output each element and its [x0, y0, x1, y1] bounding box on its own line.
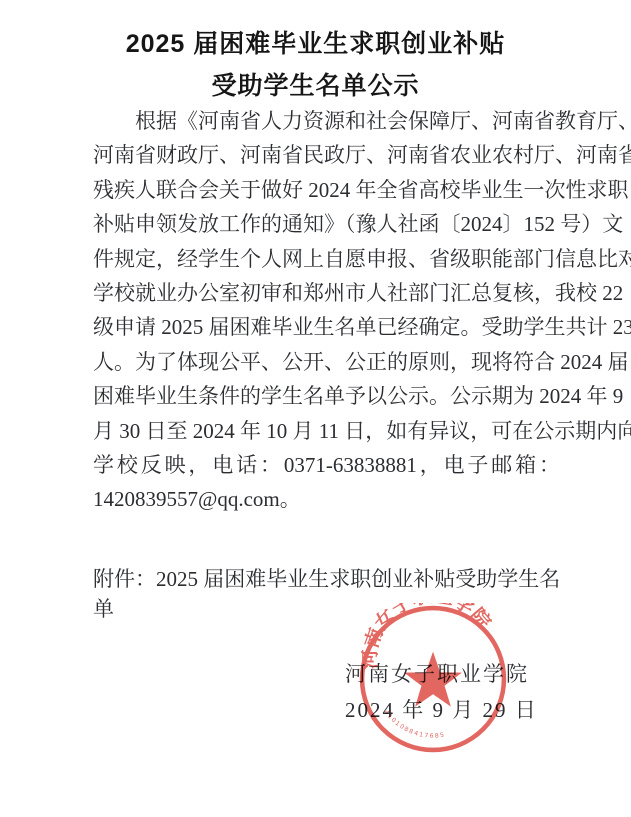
signature-org: 河南女子职业学院 — [345, 656, 565, 692]
paragraph-line: 残疾人联合会关于做好 2024 年全省高校毕业生一次性求职 — [93, 173, 560, 207]
document-title-line-2: 受助学生名单公示 — [0, 65, 631, 107]
paragraph-line: 件规定，经学生个人网上自愿申报、省级职能部门信息比对、 — [93, 242, 560, 276]
paragraph-line: 人。为了体现公平、公开、公正的原则，现将符合 2024 届 — [93, 345, 560, 379]
document-title: 2025 届困难毕业生求职创业补贴 受助学生名单公示 — [0, 23, 631, 107]
signature-block: 河南女子职业学院 2024 年 9 月 29 日 — [345, 656, 565, 728]
paragraph-line: 学校就业办公室初审和郑州市人社部门汇总复核，我校 22 — [93, 276, 560, 310]
notice-document-page: 2025 届困难毕业生求职创业补贴 受助学生名单公示 根据《河南省人力资源和社会… — [0, 0, 631, 817]
paragraph-line: 根据《河南省人力资源和社会保障厅、河南省教育厅、 — [93, 104, 560, 138]
signature-date: 2024 年 9 月 29 日 — [345, 692, 565, 728]
paragraph-line: 学校反映，电话：0371-63838881，电子邮箱： — [93, 448, 560, 482]
notice-body-paragraph: 根据《河南省人力资源和社会保障厅、河南省教育厅、 河南省财政厅、河南省民政厅、河… — [93, 104, 560, 517]
paragraph-line: 月 30 日至 2024 年 10 月 11 日，如有异议，可在公示期内向 — [93, 414, 560, 448]
paragraph-line: 困难毕业生条件的学生名单予以公示。公示期为 2024 年 9 — [93, 379, 560, 413]
document-title-line-1: 2025 届困难毕业生求职创业补贴 — [0, 23, 631, 65]
paragraph-line: 级申请 2025 届困难毕业生名单已经确定。受助学生共计 233 — [93, 310, 560, 344]
paragraph-line: 补贴申领发放工作的通知》（豫人社函〔2024〕152 号）文 — [93, 207, 560, 241]
paragraph-line: 河南省财政厅、河南省民政厅、河南省农业农村厅、河南省 — [93, 138, 560, 172]
paragraph-line-email: 1420839557@qq.com。 — [93, 482, 560, 516]
attachment-line: 附件：2025 届困难毕业生求职创业补贴受助学生名单 — [93, 564, 573, 624]
